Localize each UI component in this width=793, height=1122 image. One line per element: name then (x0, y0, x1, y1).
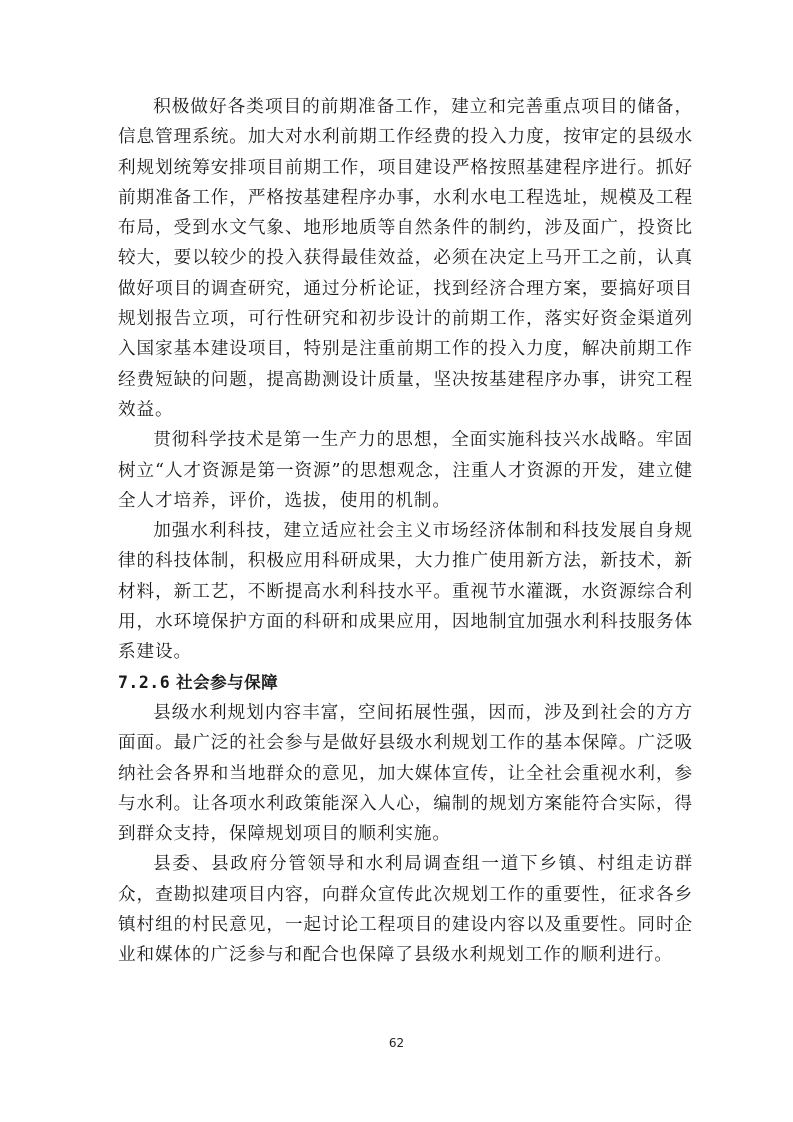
paragraph-water-tech: 加强水利科技，建立适应社会主义市场经济体制和科技发展自身规律的科技体制，积极应用… (118, 516, 693, 667)
section-heading: 7.2.6社会参与保障 (118, 668, 693, 698)
paragraph-science-technology: 贯彻科学技术是第一生产力的思想，全面实施科技兴水战略。牢固树立“人才资源是第一资… (118, 425, 693, 516)
paragraph-county-investigation: 县委、县政府分管领导和水利局调查组一道下乡镇、村组走访群众，查勘拟建项目内容，向… (118, 849, 693, 970)
section-number: 7.2.6 (118, 673, 170, 692)
page-number: 62 (0, 1036, 793, 1050)
paragraph-project-preparation: 积极做好各类项目的前期准备工作，建立和完善重点项目的储备，信息管理系统。加大对水… (118, 92, 693, 425)
document-page: 积极做好各类项目的前期准备工作，建立和完善重点项目的储备，信息管理系统。加大对水… (118, 92, 693, 971)
paragraph-social-participation: 县级水利规划内容丰富，空间拓展性强，因而，涉及到社会的方方面面。最广泛的社会参与… (118, 698, 693, 849)
section-title: 社会参与保障 (176, 673, 278, 692)
